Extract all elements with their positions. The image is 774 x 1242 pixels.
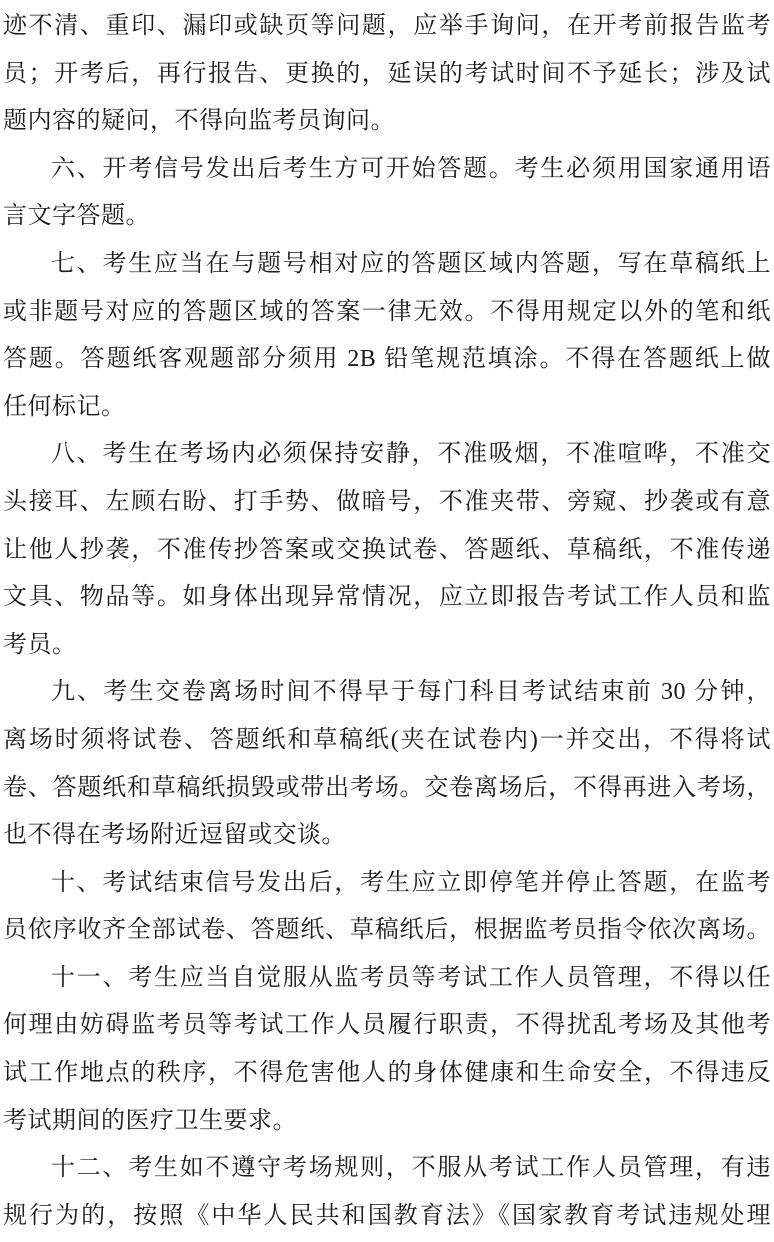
text-line: 任何标记。: [3, 384, 771, 432]
text-line: 员；开考后，再行报告、更换的，延误的考试时间不予延长；涉及试: [3, 51, 771, 99]
text-line: 离场时须将试卷、答题纸和草稿纸(夹在试卷内)一并交出，不得将试: [3, 717, 771, 765]
text-line: 迹不清、重印、漏印或缺页等问题，应举手询问，在开考前报告监考: [3, 3, 771, 51]
text-line: 题内容的疑问，不得向监考员询问。: [3, 98, 771, 146]
document-page: 迹不清、重印、漏印或缺页等问题，应举手询问，在开考前报告监考员；开考后，再行报告…: [0, 0, 774, 1242]
text-line: 也不得在考场附近逗留或交谈。: [3, 812, 771, 860]
text-line: 十、考试结束信号发出后，考生应立即停笔并停止答题，在监考: [3, 860, 771, 908]
text-line: 十一、考生应当自觉服从监考员等考试工作人员管理，不得以任: [3, 955, 771, 1003]
exam-rules-text-block: 迹不清、重印、漏印或缺页等问题，应举手询问，在开考前报告监考员；开考后，再行报告…: [3, 3, 771, 1240]
text-line: 六、开考信号发出后考生方可开始答题。考生必须用国家通用语: [3, 146, 771, 194]
text-line: 考试期间的医疗卫生要求。: [3, 1098, 771, 1146]
text-line: 考员。: [3, 622, 771, 670]
text-line: 答题。答题纸客观题部分须用 2B 铅笔规范填涂。不得在答题纸上做: [3, 336, 771, 384]
text-line: 文具、物品等。如身体出现异常情况，应立即报告考试工作人员和监: [3, 574, 771, 622]
text-line: 七、考生应当在与题号相对应的答题区域内答题，写在草稿纸上: [3, 241, 771, 289]
text-line: 或非题号对应的答题区域的答案一律无效。不得用规定以外的笔和纸: [3, 289, 771, 337]
text-line: 何理由妨碍监考员等考试工作人员履行职责，不得扰乱考场及其他考: [3, 1002, 771, 1050]
text-line: 试工作地点的秩序，不得危害他人的身体健康和生命安全，不得违反: [3, 1050, 771, 1098]
text-line: 员依序收齐全部试卷、答题纸、草稿纸后，根据监考员指令依次离场。: [3, 907, 771, 955]
text-line: 八、考生在考场内必须保持安静，不准吸烟，不准喧哗，不准交: [3, 431, 771, 479]
text-line: 言文字答题。: [3, 193, 771, 241]
text-line: 十二、考生如不遵守考场规则，不服从考试工作人员管理，有违: [3, 1145, 771, 1193]
text-line: 规行为的，按照《中华人民共和国教育法》《国家教育考试违规处理: [3, 1193, 771, 1241]
text-line: 九、考生交卷离场时间不得早于每门科目考试结束前 30 分钟，: [3, 669, 771, 717]
text-line: 头接耳、左顾右盼、打手势、做暗号，不准夹带、旁窥、抄袭或有意: [3, 479, 771, 527]
text-line: 让他人抄袭，不准传抄答案或交换试卷、答题纸、草稿纸，不准传递: [3, 527, 771, 575]
text-line: 卷、答题纸和草稿纸损毁或带出考场。交卷离场后，不得再进入考场，: [3, 765, 771, 813]
